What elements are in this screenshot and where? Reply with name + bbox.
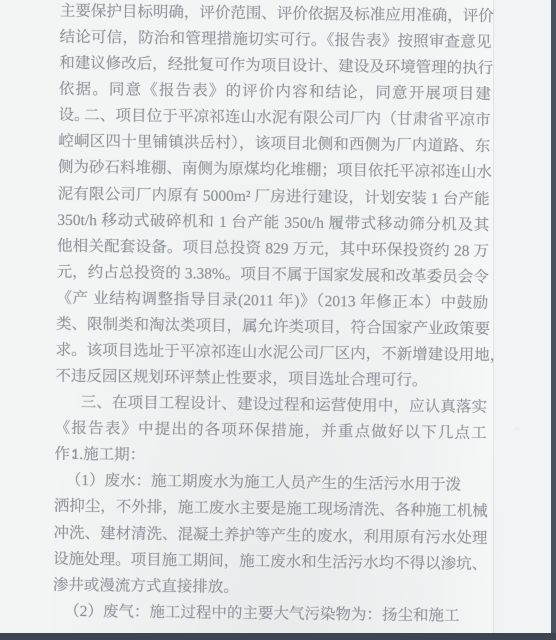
scan-edge-bottom: [0, 633, 556, 640]
scanned-document-page: 主要保护目标明确，评价范围、评价依据及标准应用准确，评价结论可信，防治和管理措施…: [0, 0, 556, 640]
text-line: （2）废气：施工过程中的主要大气污染物为：扬尘和施工: [52, 598, 484, 629]
document-text-body: 主要保护目标明确，评价范围、评价依据及标准应用准确，评价结论可信，防治和管理措施…: [52, 0, 492, 630]
scan-right-margin: [493, 0, 553, 640]
scan-edge-right: [551, 0, 556, 640]
